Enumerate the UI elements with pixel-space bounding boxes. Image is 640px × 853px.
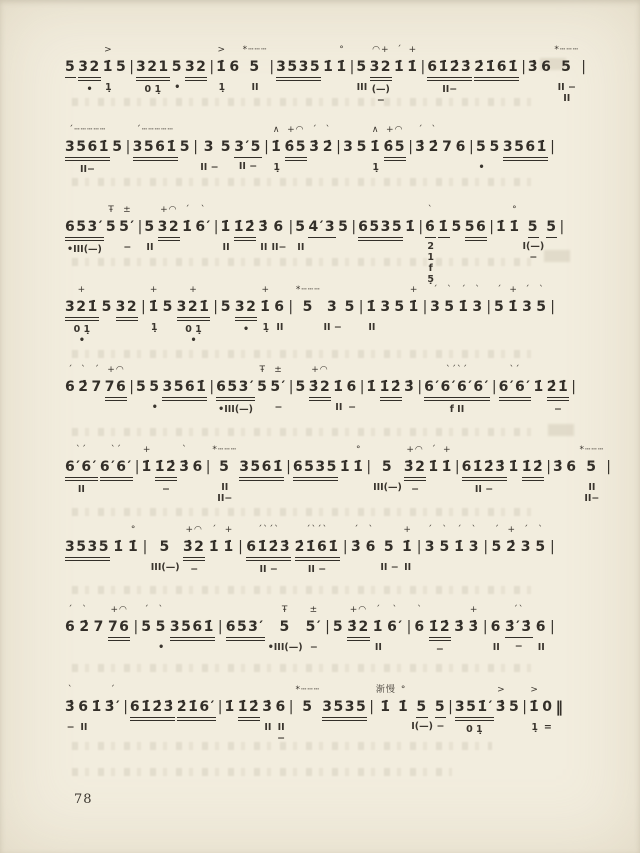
note-digits: 1̇: [394, 58, 405, 79]
ornament-mark: [487, 282, 491, 298]
note-digits: 5: [136, 378, 147, 399]
note-digits: 3̇: [179, 458, 190, 479]
ornament-mark: ´`´`: [258, 522, 280, 538]
note-digits: 2̇: [79, 618, 90, 639]
note-digits: 5: [546, 218, 557, 238]
note-digits: |: [193, 138, 198, 159]
ornament-mark: ´: [431, 442, 437, 458]
note-group: Ŧ5•III(—): [268, 602, 303, 653]
barline: |: [417, 522, 422, 573]
ornament-mark: [532, 42, 536, 58]
ornament-mark: [448, 42, 452, 58]
note-digits: 2̇1̇: [547, 378, 569, 401]
score-line-7: 3535 1̇°1̇ | 5III(—)+◠3̇2−´1̇+1̇ |´`´`61…: [64, 522, 556, 602]
ornament-mark: [287, 442, 291, 458]
barline: |: [129, 42, 134, 93]
ornament-mark: Ŧ: [108, 202, 115, 218]
ornament-mark: [331, 282, 335, 298]
ornament-mark: +: [143, 442, 152, 458]
note-group: `6′: [387, 602, 403, 653]
note-group: 5III: [356, 42, 367, 93]
ornament-mark: [409, 202, 413, 218]
note-digits: 5: [160, 538, 171, 559]
note-group: ´3̇: [415, 122, 426, 173]
barline: |: [343, 522, 348, 573]
note-digits: 5: [586, 458, 597, 479]
note-group: 6II −: [276, 682, 287, 744]
ornament-mark: [458, 602, 462, 618]
note-digits: 0: [542, 698, 553, 719]
ornament-mark: [367, 442, 371, 458]
note-digits: 6̇5: [384, 138, 406, 161]
note-group: `6̇2 1 f 5̣: [425, 202, 436, 285]
note-digits: |: [522, 698, 527, 719]
ornament-mark: *┄┄┄: [296, 282, 321, 298]
fingering-mark: 1̣: [218, 82, 225, 93]
ornament-mark: [469, 122, 473, 138]
note-digits: 61̇2̇3̇: [462, 458, 507, 481]
note-digits: 1̇2̇: [522, 458, 544, 481]
ornament-mark: [550, 602, 554, 618]
note-digits: 3: [204, 138, 215, 159]
note-group: ´1̇: [428, 442, 439, 493]
ornament-mark: [472, 682, 476, 698]
ornament-mark: [551, 122, 555, 138]
note-digits: 5: [65, 58, 76, 78]
ornament-mark: +◠: [311, 362, 328, 378]
fingering-mark: •III(—): [268, 642, 303, 653]
note-group: 5•: [476, 122, 487, 173]
note-group: `3: [472, 282, 483, 333]
note-group: 1̇: [366, 362, 377, 413]
note-group: ±5′−: [119, 202, 135, 253]
note-group: ´1̇: [394, 42, 405, 93]
ornament-mark: ´: [312, 122, 318, 138]
ornament-mark: ´: [494, 522, 500, 538]
barline: |: [550, 522, 555, 573]
note-digits: 653′: [216, 378, 255, 401]
barline: |: [206, 442, 211, 493]
note-digits: 7: [442, 138, 453, 159]
note-digits: 5′: [306, 618, 322, 639]
ornament-mark: [270, 42, 274, 58]
ornament-mark: *┄┄┄: [212, 442, 237, 458]
ornament-mark: Ŧ: [259, 362, 266, 378]
note-group: 3561̇: [503, 122, 548, 175]
note-digits: 1̇: [402, 538, 413, 559]
note-digits: 2̇1̇61̇: [474, 58, 519, 81]
fingering-mark: II: [251, 82, 258, 93]
note-digits: 3̇: [553, 458, 564, 479]
note-digits: 1̇: [529, 698, 540, 719]
note-group: 56: [465, 202, 487, 255]
note-group: +1̇: [442, 442, 453, 493]
note-digits: |: [288, 218, 293, 239]
ornament-mark: [243, 202, 247, 218]
note-digits: |: [123, 698, 128, 719]
note-digits: |: [366, 458, 371, 479]
note-digits: 1̇2̇: [234, 218, 256, 241]
ornament-mark: [117, 522, 121, 538]
fingering-mark: •: [158, 642, 164, 653]
ornament-mark: `: [428, 202, 434, 218]
note-digits: 5: [221, 138, 232, 159]
ornament-mark: [439, 682, 443, 698]
ornament-mark: [210, 42, 214, 58]
barline: |: [126, 122, 131, 173]
note-digits: 6: [541, 58, 552, 79]
ornament-mark: ´: [376, 602, 382, 618]
barline: |: [218, 682, 223, 733]
ornament-mark: ∧: [273, 122, 281, 138]
note-digits: 1̇: [509, 458, 520, 479]
note-group: +◠32: [158, 202, 180, 255]
fingering-mark: I(—) −: [523, 241, 545, 263]
note-group: >1̇1̣: [216, 42, 227, 93]
note-digits: 32: [235, 298, 257, 321]
fingering-mark: III: [357, 82, 368, 93]
ornament-mark: `: [432, 122, 438, 138]
fingering-mark: −: [190, 564, 198, 575]
note-digits: |: [448, 698, 453, 719]
ornament-mark: `: [369, 522, 375, 538]
barline: |: [350, 42, 355, 93]
fingering-mark: II: [538, 642, 545, 653]
note-digits: |: [455, 458, 460, 479]
ornament-mark: [297, 42, 301, 58]
ornament-mark: ´`´`: [306, 522, 328, 538]
note-group: 5: [136, 362, 147, 413]
note-digits: 5: [102, 298, 113, 319]
note-digits: 6′6′: [499, 378, 532, 401]
note-digits: |: [325, 618, 330, 639]
note-group: 1̇: [225, 682, 236, 733]
barline: |: [360, 362, 365, 413]
note-digits: 5: [106, 218, 117, 239]
barline: |: [550, 602, 555, 653]
note-group: +321̇0 1̣ •: [177, 282, 211, 346]
score-page: 5 32•>1̇1̣ 5 | 3210 1̣ 5• 32 |>1̇1̣ 6*┄┄…: [0, 0, 640, 853]
ornament-mark: [547, 442, 551, 458]
note-digits: 5: [561, 58, 572, 79]
ornament-mark: [190, 602, 194, 618]
ornament-mark: [560, 202, 564, 218]
barline: |: [469, 122, 474, 173]
note-digits: 7: [92, 378, 103, 399]
note-group: 3: [380, 282, 391, 333]
note-group: 1̇: [496, 202, 507, 253]
barline: |: [369, 682, 374, 733]
ornament-mark: [455, 202, 459, 218]
ornament-mark: [384, 282, 388, 298]
note-digits: |: [135, 458, 140, 479]
note-digits: |: [421, 58, 426, 79]
note-digits: 5: [528, 218, 539, 238]
note-group: 61̇2̇3̇: [130, 682, 175, 735]
note-group: 1̇2̇−: [155, 442, 177, 495]
ornament-mark: `: [82, 602, 88, 618]
fingering-mark: −: [310, 642, 318, 653]
note-digits: 3̇: [496, 698, 507, 719]
note-group: `5: [536, 282, 547, 333]
note-digits: 3̇: [454, 618, 465, 639]
note-group: 3561̇: [170, 602, 215, 655]
ornament-mark: [233, 42, 237, 58]
fingering-mark: II: [223, 242, 230, 253]
note-digits: |: [218, 698, 223, 719]
note-digits: 5: [112, 138, 123, 159]
note-group: ´1̇: [454, 522, 465, 573]
note-digits: 1̇: [380, 698, 391, 719]
note-digits: |: [129, 378, 134, 399]
score-line-9: `3̇− 6II 1̇´3̇′ | 61̇2̇3̇ 2̇1̇6′ | 1̇ 1̇…: [64, 682, 556, 762]
ornament-mark: ´: [144, 602, 150, 618]
note-digits: 5: [491, 538, 502, 559]
barline: |: [289, 362, 294, 413]
ornament-mark: [194, 122, 198, 138]
fingering-mark: •: [86, 84, 92, 95]
ornament-mark: ´: [397, 42, 403, 58]
note-group: 4′3: [308, 202, 336, 252]
barline: |: [289, 682, 294, 733]
ornament-mark: `: [182, 442, 188, 458]
fingering-mark: 2 1 f 5̣: [425, 241, 436, 285]
note-group: 5: [116, 42, 127, 93]
note-group: ´`´`2̇1̇61̇II −: [295, 522, 340, 575]
ornament-mark: [218, 602, 222, 618]
note-digits: |: [417, 378, 422, 399]
ornament-mark: [175, 42, 179, 58]
ornament-mark: [95, 682, 99, 698]
note-digits: 5: [384, 538, 395, 559]
note-digits: 1̇: [216, 58, 227, 79]
note-group: 6535: [293, 442, 338, 495]
note-digits: 5: [303, 298, 314, 319]
ornament-mark: [206, 442, 210, 458]
page-number: 78: [74, 792, 93, 807]
barline: |: [421, 42, 426, 93]
ornament-mark: ´: [110, 682, 116, 698]
score-line-3: 653′•III(—)Ŧ5±5′− | 5II+◠32´1̇`6′ | 1̇II…: [64, 202, 556, 282]
barline: |: [492, 362, 497, 413]
ornament-mark: [556, 362, 560, 378]
note-group: ´5: [494, 282, 505, 333]
ornament-mark: [183, 362, 187, 378]
ornament-mark: +◠: [386, 122, 403, 138]
ornament-mark: Ŧ: [282, 602, 289, 618]
note-group: 7: [442, 122, 453, 173]
note-digits: 1̇: [366, 378, 377, 399]
note-group: ´5: [491, 522, 502, 573]
ornament-mark: [531, 202, 535, 218]
fingering-mark: II: [146, 242, 153, 253]
note-digits: 3: [327, 298, 338, 319]
ornament-mark: [265, 122, 269, 138]
fingering-mark: −: [436, 644, 444, 655]
ornament-mark: [148, 202, 152, 218]
ornament-mark: >: [217, 42, 226, 58]
note-group: 32•: [235, 282, 257, 335]
note-digits: 1̇: [454, 538, 465, 559]
ornament-mark: [228, 682, 232, 698]
note-group: 5I(—) −: [523, 202, 545, 263]
note-digits: 5: [345, 298, 356, 319]
note-digits: 6: [276, 698, 287, 719]
note-group: 61̇2̇3̇II −: [462, 442, 507, 495]
note-digits: |: [550, 298, 555, 319]
note-group: 5II −: [380, 522, 398, 573]
note-digits: 321̇: [177, 298, 211, 321]
note-group: 5•: [149, 362, 160, 413]
score-line-8: ´6`2̇ 7+◠76 |´5`5• 3561̇ | 653′Ŧ5•III(—)…: [64, 602, 556, 682]
fingering-mark: −: [67, 722, 75, 733]
ornament-mark: ´: [428, 522, 434, 538]
ornament-mark: >: [104, 42, 113, 58]
note-digits: 1̇: [405, 218, 416, 239]
note-digits: 5: [394, 298, 405, 319]
note-group: >1̇1̣: [103, 42, 114, 93]
note-group: 3̇: [404, 362, 415, 413]
note-group: +◠6̇5: [285, 122, 307, 175]
note-group: +3̇: [469, 602, 480, 653]
note-group: 5: [546, 202, 557, 252]
note-digits: |: [559, 218, 564, 239]
note-group: 5II: [295, 202, 306, 253]
note-group: ´1̇: [209, 522, 220, 573]
barline: |: [483, 602, 488, 653]
barline: |: [209, 42, 214, 93]
note-digits: 3: [425, 538, 436, 559]
note-digits: |: [214, 218, 219, 239]
note-digits: 3̇: [415, 138, 426, 159]
fingering-mark: I(—): [411, 721, 433, 732]
ornament-mark: [513, 682, 517, 698]
note-digits: 3′5: [234, 138, 262, 158]
ornament-mark: [194, 42, 198, 58]
ornament-mark: `´: [510, 362, 521, 378]
note-digits: 321: [136, 58, 170, 81]
ornament-mark: `´: [111, 442, 122, 458]
note-group: Ŧ5: [106, 202, 117, 253]
note-digits: 1̇: [220, 218, 231, 239]
ornament-mark: [370, 362, 374, 378]
fingering-mark: II−: [442, 84, 457, 95]
ornament-mark: [289, 682, 293, 698]
note-group: 653′•III(—): [216, 362, 255, 415]
note-group: `6′: [195, 202, 211, 253]
note-digits: 1̇: [438, 218, 449, 238]
note-group: `5: [439, 522, 450, 573]
note-digits: |: [521, 58, 526, 79]
note-digits: |: [209, 58, 214, 79]
note-group: 6: [456, 122, 467, 173]
note-digits: 653′: [65, 218, 104, 241]
note-digits: 3̇′: [105, 698, 121, 719]
note-digits: 1̇: [333, 378, 344, 399]
note-digits: 5: [149, 378, 160, 399]
barline: |: [423, 282, 428, 333]
barline: |: [264, 122, 269, 173]
note-group: 1̇2̇: [522, 442, 544, 495]
ornament-mark: [125, 282, 129, 298]
note-group: 0=: [542, 682, 553, 733]
note-group: °1̇: [128, 522, 139, 573]
note-digits: 3561̇: [170, 618, 215, 641]
note-digits: 6535: [358, 218, 403, 241]
note-digits: 76: [105, 378, 127, 401]
note-digits: 76: [108, 618, 130, 641]
note-digits: 5′: [270, 378, 286, 399]
note-digits: 6: [536, 618, 547, 639]
note-group: °1̇: [398, 682, 409, 733]
ornament-mark: [150, 682, 154, 698]
ornament-mark: [474, 202, 478, 218]
note-digits: 5′: [119, 218, 135, 239]
note-group: 3535: [276, 42, 321, 95]
ornament-mark: [359, 282, 363, 298]
note-digits: 3̇: [309, 138, 320, 159]
barline: |: [489, 202, 494, 253]
note-digits: 1̇: [225, 698, 236, 719]
note-group: 1̇: [92, 682, 103, 733]
note-group: 5−: [435, 682, 446, 732]
ornament-mark: `: [81, 362, 87, 378]
note-group: ´3̇: [351, 522, 362, 573]
note-digits: 5: [280, 618, 291, 639]
note-digits: 3: [343, 138, 354, 159]
ornament-mark: [342, 202, 346, 218]
note-digits: 2̇: [429, 138, 440, 159]
note-digits: 32: [78, 58, 100, 81]
note-digits: 5: [357, 138, 368, 159]
note-digits: 1̇: [408, 298, 419, 319]
note-group: +◠76: [105, 362, 127, 415]
note-group: 3II −: [323, 282, 341, 333]
barline: |: [133, 602, 138, 653]
note-group: 3̇: [454, 602, 465, 653]
fingering-mark: −: [123, 242, 131, 253]
ornament-mark: [246, 122, 250, 138]
ornament-mark: [277, 202, 281, 218]
note-group: °1̇: [336, 42, 347, 93]
ornament-mark: [347, 122, 351, 138]
note-digits: 2̇: [78, 378, 89, 399]
fingering-mark: −: [437, 721, 445, 732]
note-group: ´3̇: [309, 122, 320, 173]
ornament-mark: +: [225, 522, 234, 538]
note-group: ∧1̇1̣: [271, 122, 282, 173]
fingering-mark: II: [297, 242, 304, 253]
note-digits: 6535: [293, 458, 338, 481]
ornament-mark: [570, 442, 574, 458]
note-digits: 3̇2: [309, 378, 331, 401]
note-group: 6: [541, 42, 552, 93]
note-group: 1̇: [323, 42, 334, 93]
ornament-mark: +◠: [350, 602, 367, 618]
fingering-mark: 0 1̣ •: [185, 324, 202, 346]
ornament-mark: [539, 602, 543, 618]
note-digits: 3̇2: [404, 458, 426, 481]
note-group: `´`´6′6′6′6′f II: [424, 362, 490, 415]
note-group: 6II: [274, 282, 285, 333]
note-digits: 3̇: [528, 58, 539, 79]
ornament-mark: *┄┄┄: [295, 682, 320, 698]
note-group: 5: [102, 282, 113, 333]
note-digits: 1̇: [323, 58, 334, 79]
ornament-mark: +: [410, 282, 419, 298]
note-group: +1̇II: [402, 522, 413, 573]
note-digits: 1̇: [103, 58, 114, 79]
